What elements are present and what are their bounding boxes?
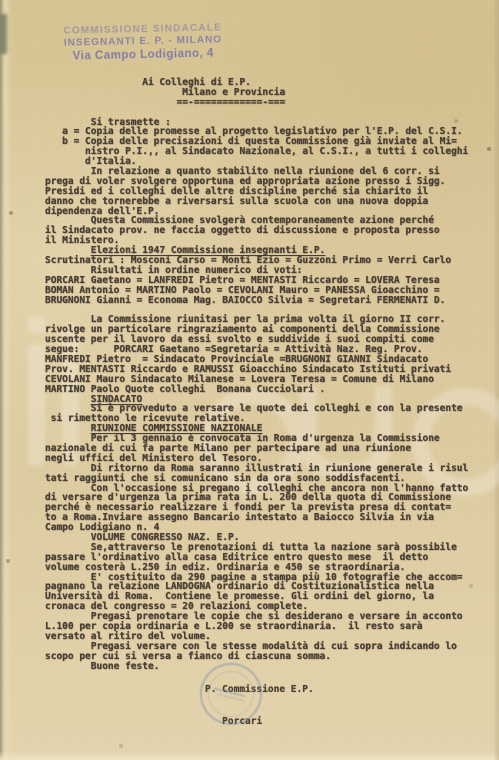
page-right-edge [493, 0, 499, 760]
typed-text-block: Ai Colleghi di E.P. Milano e Provincia =… [45, 78, 483, 671]
round-stamp-inner-ring [203, 666, 259, 722]
sender-rubber-stamp: COMMISSIONE SINDACALE INSEGNANTI E. P. -… [48, 22, 239, 63]
paper-speckles [0, 0, 2, 2]
typed-line: BRUGNONI Gianni = Economa Mag. BAIOCCO S… [45, 296, 483, 306]
typed-line: ==-============-=== [45, 98, 483, 108]
page-bottom-edge [0, 751, 499, 760]
page-left-edge [0, 0, 12, 760]
scan-corner-shadow [0, 14, 7, 54]
